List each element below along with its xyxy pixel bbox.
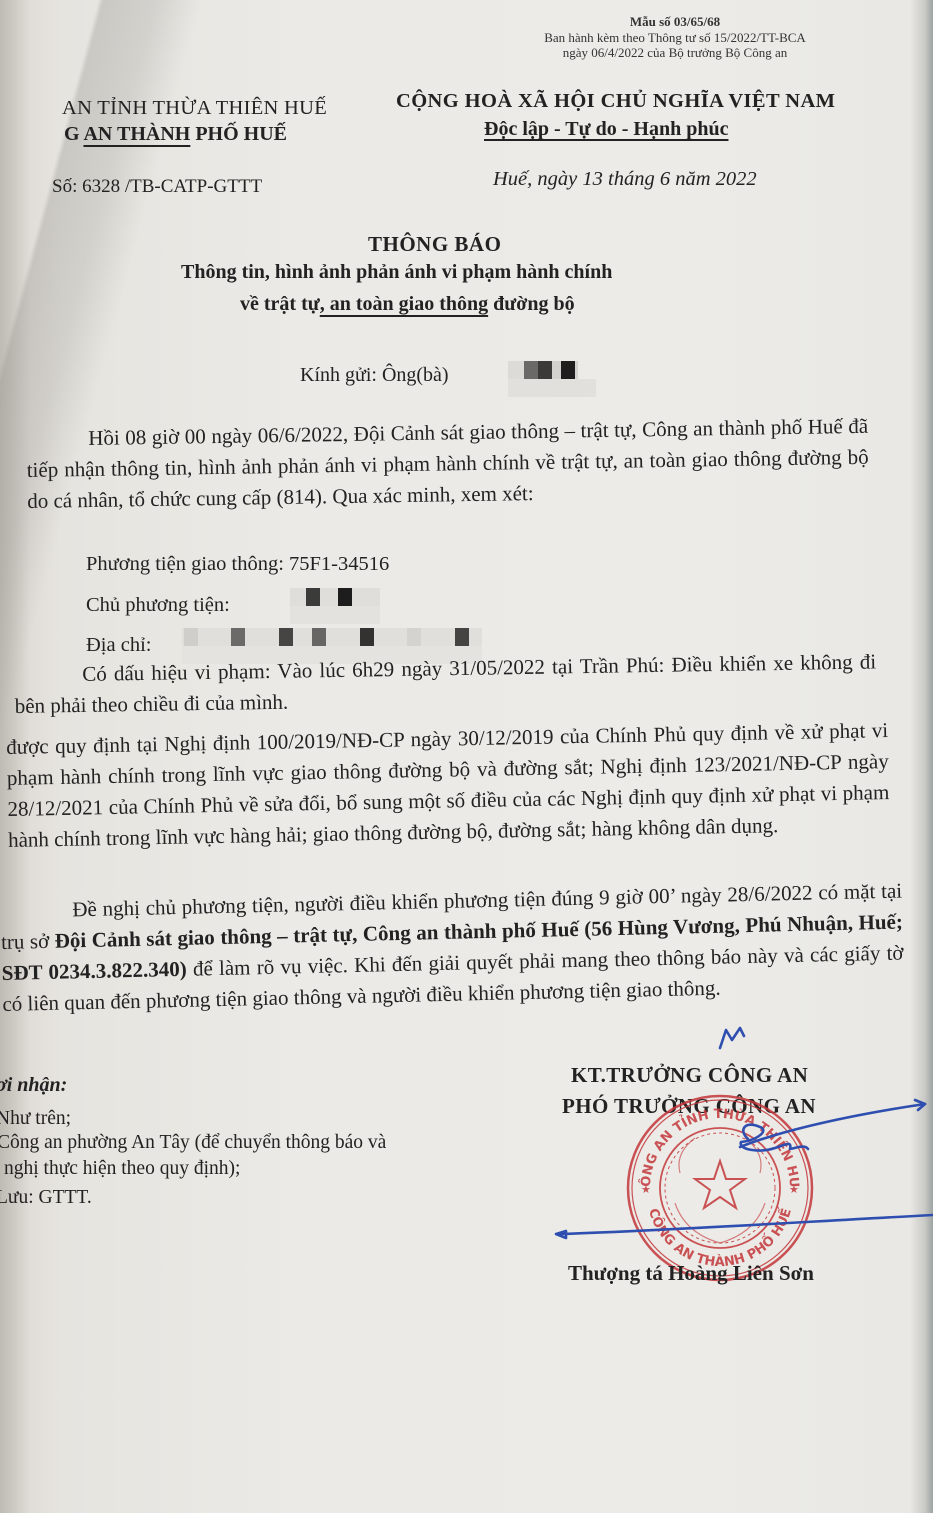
intro-paragraph: Hồi 08 giờ 00 ngày 06/6/2022, Đội Cảnh s… [26,411,869,517]
place-date: Huế, ngày 13 tháng 6 năm 2022 [493,168,757,191]
svg-text:★: ★ [789,1183,799,1196]
recipient-item: Lưu: GTTT. [0,1187,92,1209]
recipient-item: Công an phường An Tây (để chuyển thông b… [0,1132,386,1154]
addressee-label: Kính gửi: Ông(bà) [300,364,449,387]
official-seal-icon: CÔNG AN TỈNH THỪA THIÊN HUẾ CÔNG AN THÀN… [625,1093,815,1283]
national-title: CỘNG HOÀ XÃ HỘI CHỦ NGHĨA VIỆT NAM [396,90,835,113]
recipient-item: Như trên; [0,1108,71,1130]
vehicle-field: Phương tiện giao thông: 75F1-34516 [86,553,389,576]
legal-basis-paragraph: được quy định tại Nghị định 100/2019/NĐ-… [6,715,890,856]
agency-unit: G AN THÀNH PHỐ HUẾ [64,123,287,146]
form-number: Mẫu số 03/65/68 [0,14,933,30]
recipient-item: nghị thực hiện theo quy định); [4,1158,240,1180]
owner-field: Chủ phương tiện: [86,594,230,617]
svg-text:★: ★ [641,1183,651,1196]
form-issued-line: Ban hành kèm theo Thông tư số 15/2022/TT… [0,30,933,46]
stamp-top-text: CÔNG AN TỈNH THỪA THIÊN HUẾ [625,1093,801,1188]
recipients-title: ơi nhận: [0,1074,67,1097]
notice-title: THÔNG BÁO [368,232,501,257]
vehicle-plate: 75F1-34516 [289,553,389,575]
notice-subtitle-line1: Thông tin, hình ảnh phản ánh vi phạm hàn… [181,261,612,284]
request-paragraph: Đề nghị chủ phương tiện, người điều khiể… [0,876,905,1020]
agency-parent: AN TỈNH THỪA THIÊN HUẾ [62,97,327,120]
address-field: Địa chỉ: [86,634,151,657]
signer-name: Thượng tá Hoàng Liên Sơn [568,1261,814,1286]
form-reference: Mẫu số 03/65/68 Ban hành kèm theo Thông … [0,14,933,61]
signature-title-line1: KT.TRƯỞNG CÔNG AN [571,1063,808,1088]
document-number: Số: 6328 /TB-CATP-GTTT [52,176,262,198]
national-motto: Độc lập - Tự do - Hạnh phúc [484,118,728,141]
notice-subtitle-line2: về trật tự, an toàn giao thông đường bộ [240,293,575,316]
form-issued-date: ngày 06/4/2022 của Bộ trưởng Bộ Công an [0,45,933,61]
